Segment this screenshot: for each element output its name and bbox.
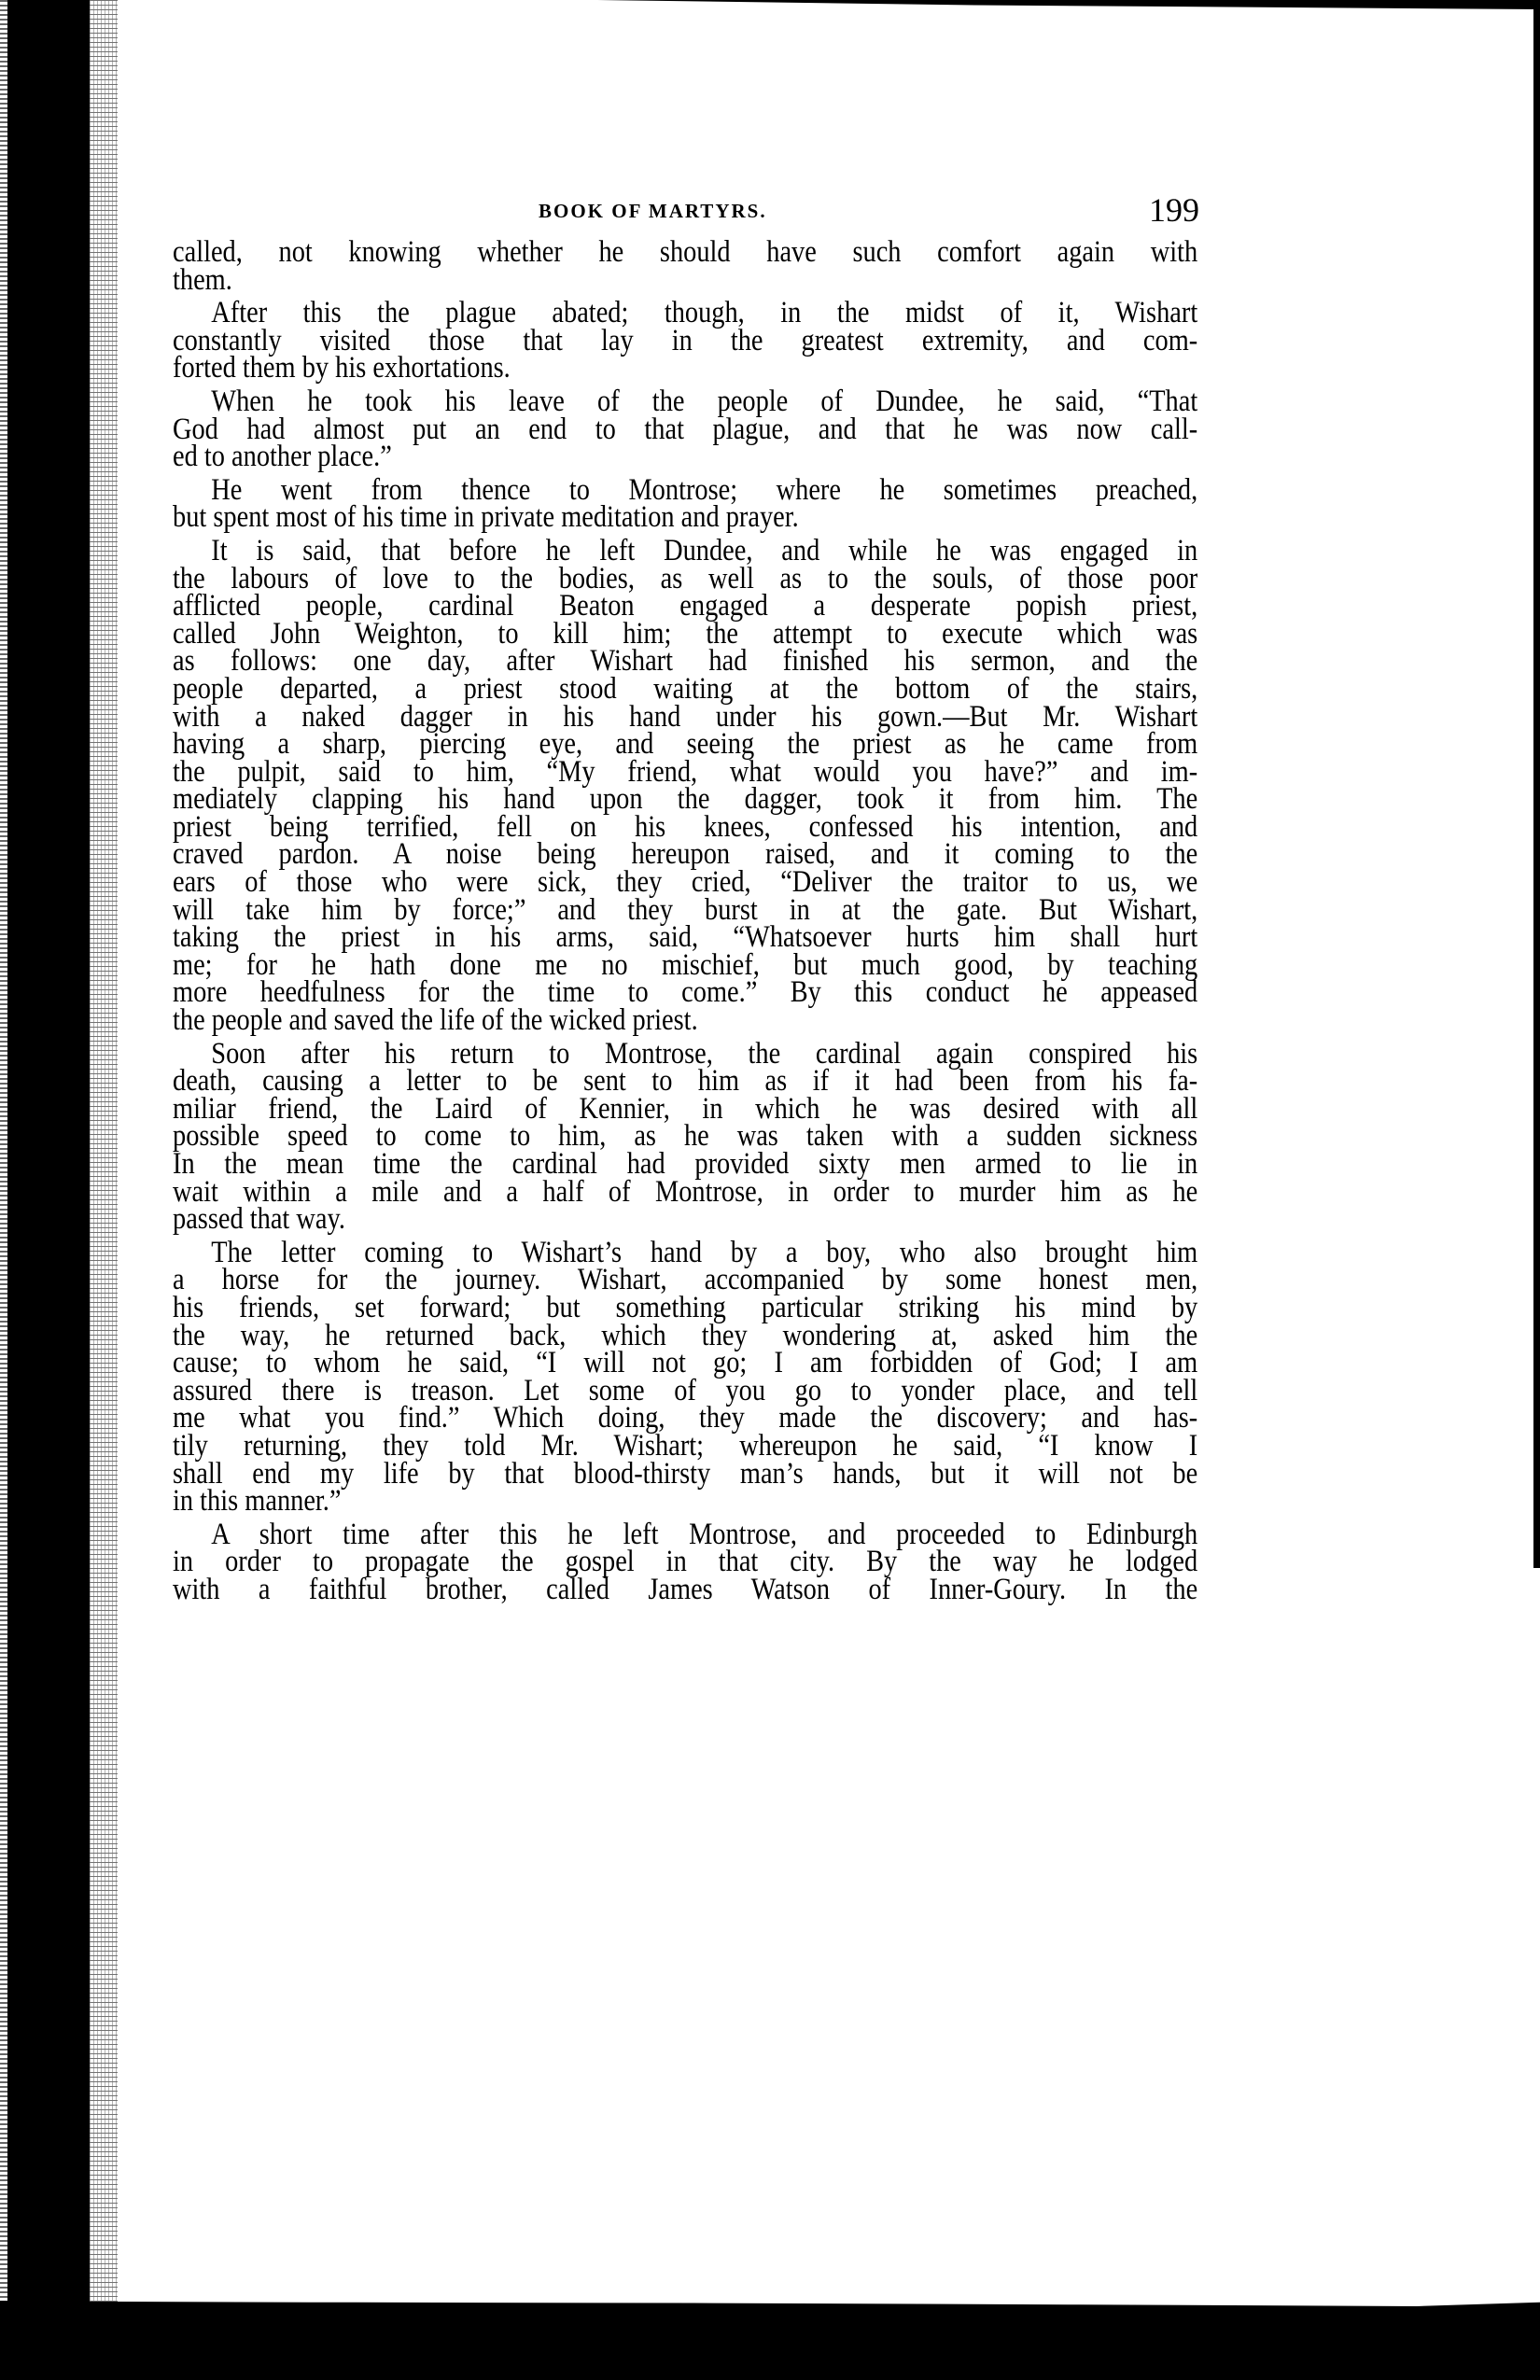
running-head: BOOK OF MARTYRS. 199 bbox=[173, 192, 1197, 230]
text-line: with a faithful brother, called James Wa… bbox=[173, 1576, 1197, 1604]
paragraph: He went from thence to Montrose; where h… bbox=[173, 477, 1197, 532]
scan-binding-noise bbox=[90, 0, 118, 2380]
paragraph: When he took his leave of the people of … bbox=[173, 388, 1197, 471]
scan-binding-shadow bbox=[7, 0, 90, 2380]
scan-edge-noise bbox=[0, 0, 7, 2380]
text-line: them. bbox=[173, 267, 1197, 295]
paragraph: After this the plague abated; though, in… bbox=[173, 300, 1197, 383]
body-text: called, not knowing whether he should ha… bbox=[173, 239, 1197, 1604]
text-line: called, not knowing whether he should ha… bbox=[173, 239, 1197, 267]
text-line: the people and saved the life of the wic… bbox=[173, 1007, 1197, 1035]
running-title: BOOK OF MARTYRS. bbox=[539, 200, 767, 223]
text-line: in this manner.” bbox=[173, 1488, 1197, 1516]
book-page: BOOK OF MARTYRS. 199 called, not knowing… bbox=[173, 192, 1197, 1610]
scan-top-border bbox=[597, 0, 1540, 9]
scan-bottom-border bbox=[0, 2301, 1540, 2380]
text-line: ed to another place.” bbox=[173, 443, 1197, 471]
paragraph: called, not knowing whether he should ha… bbox=[173, 239, 1197, 294]
text-line: forted them by his exhortations. bbox=[173, 355, 1197, 383]
page-number: 199 bbox=[1149, 190, 1199, 230]
text-line: passed that way. bbox=[173, 1206, 1197, 1234]
text-line: but spent most of his time in private me… bbox=[173, 504, 1197, 532]
paragraph: Soon after his return to Montrose, the c… bbox=[173, 1041, 1197, 1234]
paragraph: The letter coming to Wishart’s hand by a… bbox=[173, 1239, 1197, 1516]
paragraph: A short time after this he left Montrose… bbox=[173, 1521, 1197, 1604]
paragraph: It is said, that before he left Dundee, … bbox=[173, 538, 1197, 1035]
scan-right-border bbox=[1533, 0, 1540, 1568]
